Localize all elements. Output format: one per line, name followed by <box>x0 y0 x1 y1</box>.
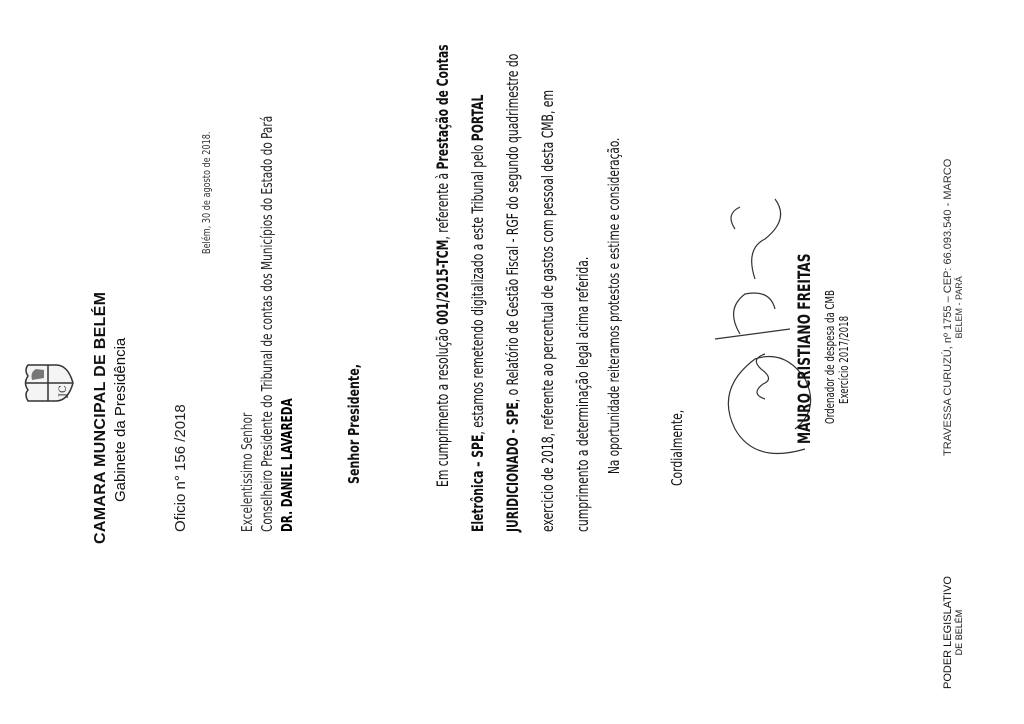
recipient-title: Excelentissimo Senhor <box>238 413 256 532</box>
footer-institution-line2: DE BELÉM <box>954 576 964 689</box>
organization-name: CAMARA MUNCIPAL DE BELÉM <box>92 292 110 544</box>
body-text: Em cumprimento a resolução <box>433 325 452 487</box>
organization-subtitle: Gabinete da Presidência <box>112 338 129 502</box>
recipient-position: Conselheiro Presidente do Tribunal de co… <box>258 116 276 532</box>
body-emphasis: JURIDICIONADO - SPE <box>503 402 522 532</box>
body-emphasis: Eletrônica – SPE <box>468 435 487 532</box>
footer-institution: PODER LEGISLATIVO DE BELÉM <box>942 576 964 689</box>
signer-role: Ordenador de despesa da CMB <box>823 290 837 424</box>
body-text: , o Relatório de Gestão Fiscal - RGF do … <box>503 54 522 403</box>
coat-of-arms-icon: JC <box>22 362 74 404</box>
resolution-number: 001/2015-TCM <box>433 240 452 325</box>
body-text: , estamos remetendo digitalizado a este … <box>468 141 487 434</box>
body-emphasis: Prestação de Contas <box>433 44 452 169</box>
salutation: Senhor Presidente, <box>345 364 363 484</box>
closing: Cordialmente, <box>668 410 686 486</box>
footer-address: TRAVESSA CURUZÚ, nº 1755 – CEP: 66.093.5… <box>942 159 964 456</box>
body-line: JURIDICIONADO - SPE, o Relatório de Gest… <box>495 52 530 532</box>
body-emphasis: PORTAL <box>468 95 487 142</box>
signer-name: MAURO CRISTIANO FREITAS <box>795 253 815 444</box>
body-line: cumprimento a determinação legal acima r… <box>565 52 600 532</box>
letter-body: Em cumprimento a resolução 001/2015-TCM,… <box>425 0 600 532</box>
signer-term: Exercício 2017/2018 <box>837 316 851 404</box>
footer-institution-line1: PODER LEGISLATIVO <box>942 576 954 689</box>
letter-reference: Oficio n° 156 /2018 <box>172 404 189 532</box>
footer-address-line2: BELEM - PARÁ <box>954 159 964 456</box>
letter-page: JC CAMARA MUNCIPAL DE BELÉM Gabinete da … <box>0 0 1024 724</box>
body-line: Em cumprimento a resolução 001/2015-TCM,… <box>425 52 460 532</box>
recipient-name: DR. DANIEL LAVAREDA <box>278 398 296 532</box>
body-line: exercicio de 2018, referente ao percentu… <box>530 52 565 532</box>
body-line: Eletrônica – SPE, estamos remetendo digi… <box>460 52 495 532</box>
letter-date: Belém, 30 de agosto de 2018. <box>200 132 213 254</box>
closing-paragraph: Na oportunidade reiteramos protestos e e… <box>605 138 623 474</box>
svg-text:JC: JC <box>58 385 69 398</box>
body-text: , referente à <box>433 169 452 239</box>
footer-address-line1: TRAVESSA CURUZÚ, nº 1755 – CEP: 66.093.5… <box>942 159 954 456</box>
